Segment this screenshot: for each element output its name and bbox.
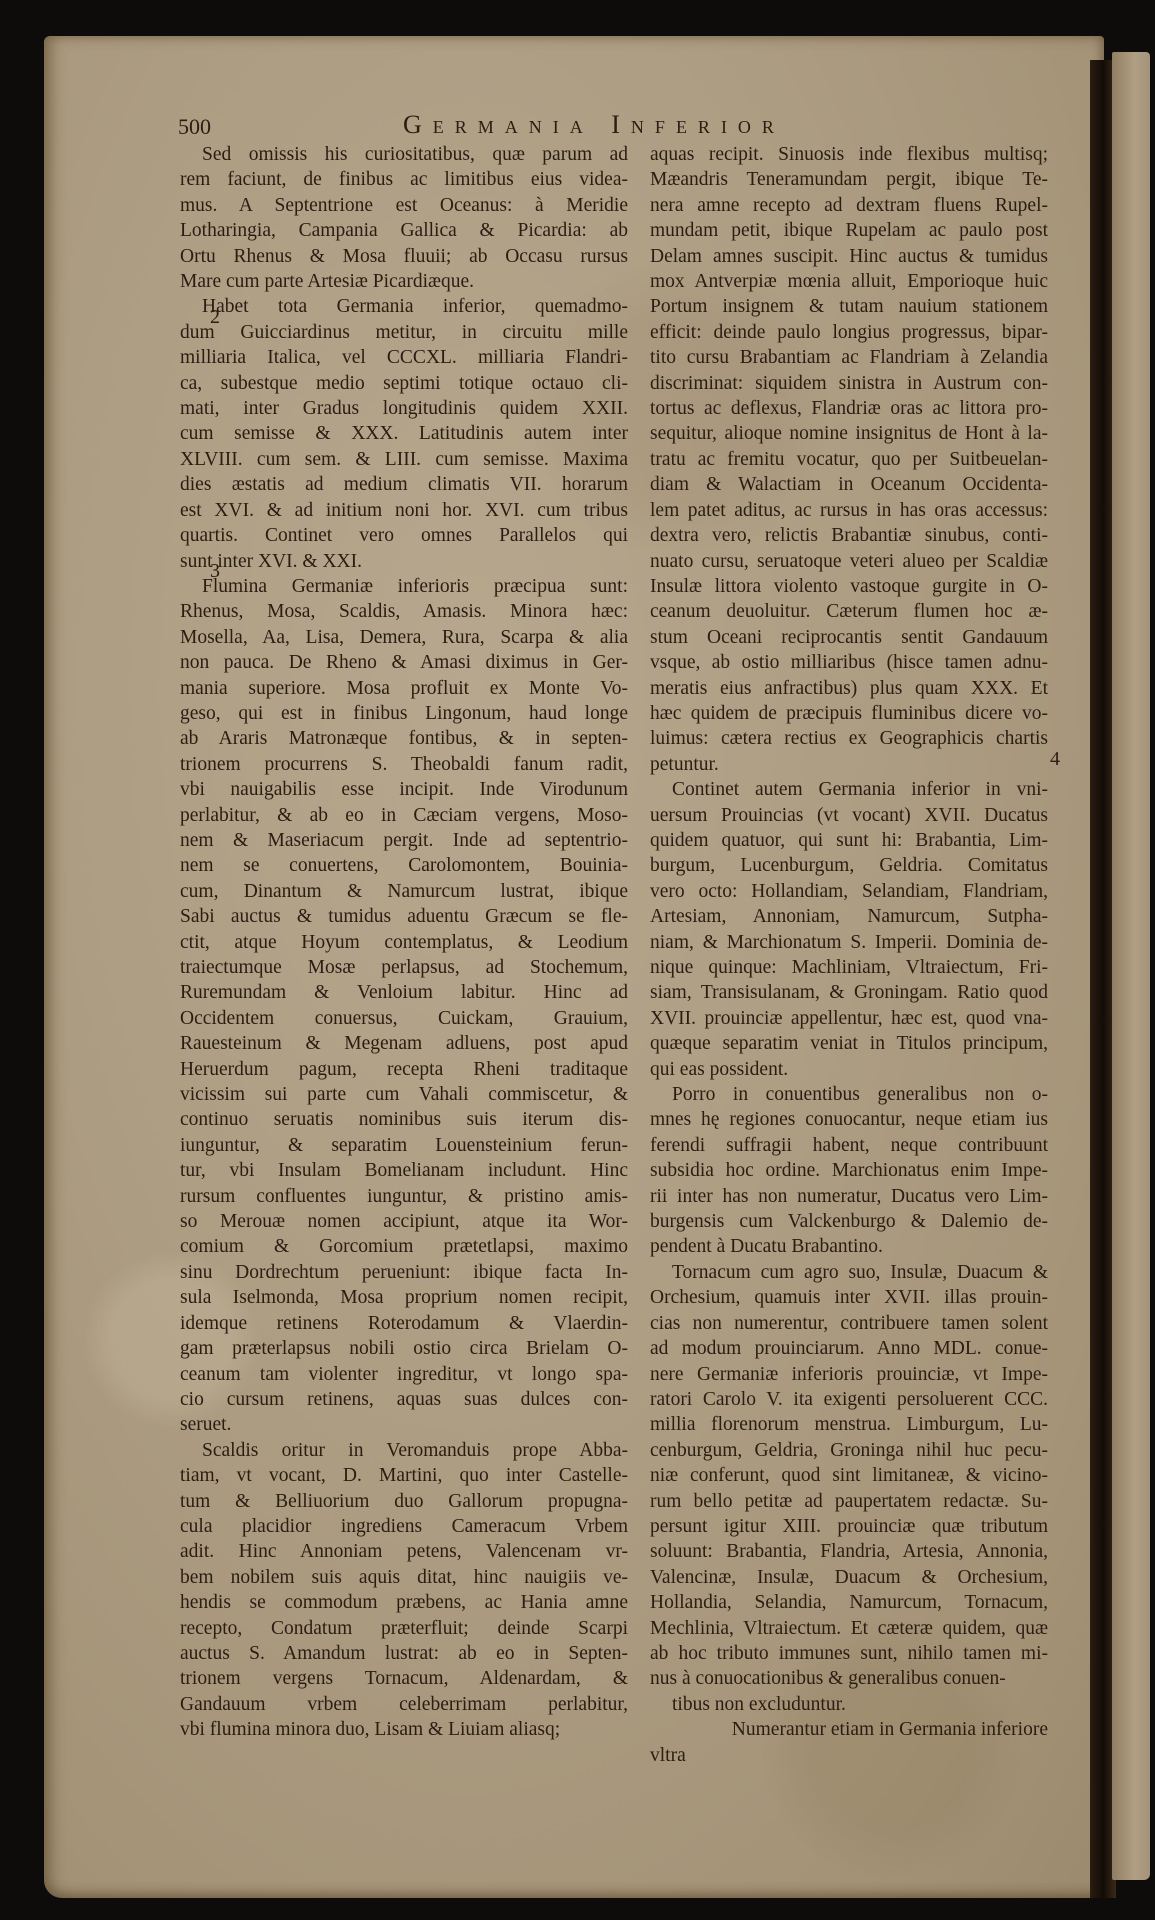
text-line: perlabitur, & ab eo in Cæciam vergens, M… [180, 803, 628, 828]
text-line: Ruremundam & Venloium labitur. Hinc ad [180, 980, 628, 1005]
text-line: cum, Dinantum & Namurcum lustrat, ibique [180, 879, 628, 904]
text-line: ctit, atque Hoyum contemplatus, & Leodiu… [180, 930, 628, 955]
running-title: Germania Inferior [403, 112, 785, 137]
text-line: hendis se commodum præbens, ac Hania amn… [180, 1590, 628, 1615]
text-line: Tornacum cum agro suo, Insulæ, Duacum & [650, 1260, 1048, 1285]
text-line: Rhenus, Mosa, Scaldis, Amasis. Minora hæ… [180, 599, 628, 624]
text-line: nus à conuocationibus & generalibus conu… [650, 1666, 1048, 1691]
text-line: Insulæ littora violento vastoque gurgite… [650, 574, 1048, 599]
text-line: idemque retinens Roterodamum & Vlaerdin- [180, 1311, 628, 1336]
text-line: recepto, Condatum præterfluit; deinde Sc… [180, 1616, 628, 1641]
text-line: mox Antverpiæ mœnia alluit, Emporioque h… [650, 269, 1048, 294]
text-line: sequitur, alioque nomine insignitus de H… [650, 421, 1048, 446]
text-line: Valencinæ, Insulæ, Duacum & Orchesium, [650, 1565, 1048, 1590]
text-line: continuo seruatis nominibus suis iterum … [180, 1107, 628, 1132]
text-line: so Merouæ nomen accipiunt, atque ita Wor… [180, 1209, 628, 1234]
text-line: Artesiam, Annoniam, Namurcum, Sutpha- [650, 904, 1048, 929]
text-line: Portum insignem & tutam nauium stationem [650, 294, 1048, 319]
text-line: vbi flumina minora duo, Lisam & Liuiam a… [180, 1717, 628, 1742]
text-line: Mæandris Teneramundam pergit, ibique Te- [650, 167, 1048, 192]
text-line: Rauesteinum & Megenam adluens, post apud [180, 1031, 628, 1056]
text-line: millia florenorum menstrua. Limburgum, L… [650, 1412, 1048, 1437]
text-line: seruet. [180, 1412, 628, 1437]
text-line: Flumina Germaniæ inferioris præcipua sun… [180, 574, 628, 599]
text-line: cenburgum, Geldria, Groninga nihil huc p… [650, 1438, 1048, 1463]
text-line: ad modum prouinciarum. Anno MDL. conue- [650, 1336, 1048, 1361]
text-line: Sed omissis his curiositatibus, quæ paru… [180, 142, 628, 167]
text-line: vero octo: Hollandiam, Selandiam, Flandr… [650, 879, 1048, 904]
text-line: Occidentem conuersus, Cuickam, Grauium, [180, 1006, 628, 1031]
text-line: non pauca. De Rheno & Amasi diximus in G… [180, 650, 628, 675]
facing-page-edge [1112, 52, 1150, 1880]
text-line: ab hoc tributo immunes sunt, nihilo tame… [650, 1641, 1048, 1666]
text-line: sunt inter XVI. & XXI. [180, 549, 628, 574]
text-line: Sabi auctus & tumidus aduentu Græcum se … [180, 904, 628, 929]
text-line: gam præterlapsus nobili ostio circa Brie… [180, 1336, 628, 1361]
text-line: Gandauum vrbem celeberrimam perlabitur, [180, 1692, 628, 1717]
text-line: Mosella, Aa, Lisa, Demera, Rura, Scarpa … [180, 625, 628, 650]
text-line: siam, Transisulanam, & Groningam. Ratio … [650, 980, 1048, 1005]
text-line: tibus non excluduntur. [650, 1692, 1048, 1717]
text-line: tum & Belliuorium duo Gallorum propugna- [180, 1489, 628, 1514]
text-line: discriminat: siquidem sinistra in Austru… [650, 371, 1048, 396]
text-line: aquas recipit. Sinuosis inde flexibus mu… [650, 142, 1048, 167]
text-line: ceanum tam violenter ingreditur, vt long… [180, 1362, 628, 1387]
text-line: nem & Maseriacum pergit. Inde ad septent… [180, 828, 628, 853]
text-line: rursum confluentes iunguntur, & pristino… [180, 1184, 628, 1209]
text-line: soluunt: Brabantia, Flandria, Artesia, A… [650, 1539, 1048, 1564]
text-line: est XVI. & ad initium noni hor. XVI. cum… [180, 498, 628, 523]
text-line: nuato cursu, seruatoque veteri alueo per… [650, 549, 1048, 574]
text-line: Mechlinia, Vltraiectum. Et cæteræ quidem… [650, 1616, 1048, 1641]
text-line: geso, qui est in finibus Lingonum, haud … [180, 701, 628, 726]
text-line: tito cursu Brabantiam ac Flandriam à Zel… [650, 345, 1048, 370]
text-line: niæ conferunt, quod sint limitaneæ, & vi… [650, 1463, 1048, 1488]
margin-note-4: 4 [1050, 748, 1060, 771]
text-line: persunt igitur XIII. prouinciæ quæ tribu… [650, 1514, 1048, 1539]
text-line: nique quinque: Machliniam, Vltraiectum, … [650, 955, 1048, 980]
text-line: traiectumque Mosæ perlapsus, ad Stochemu… [180, 955, 628, 980]
text-line: subsidia hoc ordine. Marchionatus enim I… [650, 1158, 1048, 1183]
text-line: trionem procurrens S. Theobaldi fanum ra… [180, 752, 628, 777]
text-line: luimus: cætera rectius ex Geographicis c… [650, 726, 1048, 751]
text-line: stum Oceani reciprocantis sentit Gandauu… [650, 625, 1048, 650]
text-line: burgensis cum Valckenburgo & Dalemio de- [650, 1209, 1048, 1234]
text-line: Hollandia, Selandia, Namurcum, Tornacum, [650, 1590, 1048, 1615]
text-line: qui eas possident. [650, 1057, 1048, 1082]
text-line: hæc quidem de præcipuis fluminibus dicer… [650, 701, 1048, 726]
text-line: ceanum deuoluitur. Cæterum flumen hoc æ- [650, 599, 1048, 624]
text-line: XLVIII. cum sem. & LIII. cum semisse. Ma… [180, 447, 628, 472]
page-header: 500 Germania Inferior [178, 112, 1048, 142]
text-line: uersum Prouincias (vt vocant) XVII. Duca… [650, 803, 1048, 828]
text-line: XVII. prouinciæ appellentur, hæc est, qu… [650, 1006, 1048, 1031]
page-number: 500 [178, 114, 211, 139]
text-line: bem nobilem suis aquis ditat, hinc nauig… [180, 1565, 628, 1590]
text-line: vicissim sui parte cum Vahali commiscetu… [180, 1082, 628, 1107]
text-line: quæque separatim veniat in Titulos princ… [650, 1031, 1048, 1056]
text-line: petuntur. [650, 752, 1048, 777]
text-line: Delam amnes suscipit. Hinc auctus & tumi… [650, 244, 1048, 269]
text-line: vbi nauigabilis esse incipit. Inde Virod… [180, 777, 628, 802]
text-line: ferendi suffragii habent, neque contribu… [650, 1133, 1048, 1158]
text-line: ratori Carolo V. ita exigenti persoluere… [650, 1387, 1048, 1412]
text-line: nera amne recepto ad dextram fluens Rupe… [650, 193, 1048, 218]
text-line: rem faciunt, de finibus ac limitibus eiu… [180, 167, 628, 192]
text-line: trionem vergens Tornacum, Aldenardam, & [180, 1666, 628, 1691]
text-line: mati, inter Gradus longitudinis quidem X… [180, 396, 628, 421]
text-line: Continet autem Germania inferior in vni- [650, 777, 1048, 802]
text-line: auctus S. Amandum lustrat: ab eo in Sept… [180, 1641, 628, 1666]
text-line: sinu Dordrechtum perueniunt: ibique fact… [180, 1260, 628, 1285]
text-line: cias non numerentur, contribuere tamen s… [650, 1311, 1048, 1336]
text-line: ab Araris Matronæque fontibus, & in sept… [180, 726, 628, 751]
text-line: efficit: deinde paulo longius progressus… [650, 320, 1048, 345]
text-line: cula placidior ingrediens Cameracum Vrbe… [180, 1514, 628, 1539]
text-line: tratu ac fremitu vocatur, quo per Suitbe… [650, 447, 1048, 472]
text-line: ca, subestque medio septimi totique octa… [180, 371, 628, 396]
text-line: comium & Gorcomium prætetlapsi, maximo [180, 1234, 628, 1259]
text-line: dum Guicciardinus metitur, in circuitu m… [180, 320, 628, 345]
text-line: tiam, vt vocant, D. Martini, quo inter C… [180, 1463, 628, 1488]
text-line: mus. A Septentrione est Oceanus: à Merid… [180, 193, 628, 218]
text-line: Numerantur etiam in Germania inferiore [650, 1717, 1048, 1742]
text-line: vsque, ab ostio milliaribus (hisce tamen… [650, 650, 1048, 675]
text-line: Ortu Rhenus & Mosa fluuii; ab Occasu rur… [180, 244, 628, 269]
text-line: cum semisse & XXX. Latitudinis autem int… [180, 421, 628, 446]
text-line: dextra vero, relictis Brabantiæ sinubus,… [650, 523, 1048, 548]
text-line: nere Germaniæ inferioris prouinciæ, vt I… [650, 1362, 1048, 1387]
text-line: cio cursum retinens, aquas suas dulces c… [180, 1387, 628, 1412]
text-line: Scaldis oritur in Veromanduis prope Abba… [180, 1438, 628, 1463]
text-line: rii inter has non numeratur, Ducatus ver… [650, 1184, 1048, 1209]
text-line: mania superiore. Mosa profluit ex Monte … [180, 676, 628, 701]
text-line: rum bello petitæ ad paupertatem redactæ.… [650, 1489, 1048, 1514]
text-line: mundam petit, ibique Rupelam ac paulo po… [650, 218, 1048, 243]
text-line: lem patet aditus, ac rursus in has oras … [650, 498, 1048, 523]
text-line: pendent à Ducatu Brabantino. [650, 1234, 1048, 1259]
text-line: quartis. Continet vero omnes Parallelos … [180, 523, 628, 548]
text-line: meratis eius anfractibus) plus quam XXX.… [650, 676, 1048, 701]
text-line: tur, vbi Insulam Bomelianam includunt. H… [180, 1158, 628, 1183]
text-line: iunguntur, & separatim Louensteinium fer… [180, 1133, 628, 1158]
text-line: Lotharingia, Campania Gallica & Picardia… [180, 218, 628, 243]
text-line: Orchesium, quamuis inter XVII. illas pro… [650, 1285, 1048, 1310]
text-line: burgum, Lucenburgum, Geldria. Comitatus [650, 853, 1048, 878]
text-line: mnes hę regiones conuocantur, neque etia… [650, 1107, 1048, 1132]
text-line: vltra [650, 1743, 1048, 1768]
text-line: Habet tota Germania inferior, quemadmo- [180, 294, 628, 319]
text-line: adit. Hinc Annoniam petens, Valencenam v… [180, 1539, 628, 1564]
text-line: quidem quatuor, qui sunt hi: Brabantia, … [650, 828, 1048, 853]
text-line: nem se conuertens, Carolomontem, Bouinia… [180, 853, 628, 878]
text-line: dies æstatis ad medium climatis VII. hor… [180, 472, 628, 497]
right-column: aquas recipit. Sinuosis inde flexibus mu… [650, 142, 1048, 1768]
text-line: tortus ac deflexus, Flandriæ oras ac lit… [650, 396, 1048, 421]
text-line: milliaria Italica, vel CCCXL. milliaria … [180, 345, 628, 370]
text-line: Porro in conuentibus generalibus non o- [650, 1082, 1048, 1107]
text-line: diam & Walactiam in Oceanum Occidenta- [650, 472, 1048, 497]
text-line: niam, & Marchionatum S. Imperii. Dominia… [650, 930, 1048, 955]
left-column: Sed omissis his curiositatibus, quæ paru… [180, 142, 628, 1743]
text-line: Heruerdum pagum, recepta Rheni traditaqu… [180, 1057, 628, 1082]
text-line: Mare cum parte Artesiæ Picardiæque. [180, 269, 628, 294]
text-line: sula Iselmonda, Mosa proprium nomen reci… [180, 1285, 628, 1310]
